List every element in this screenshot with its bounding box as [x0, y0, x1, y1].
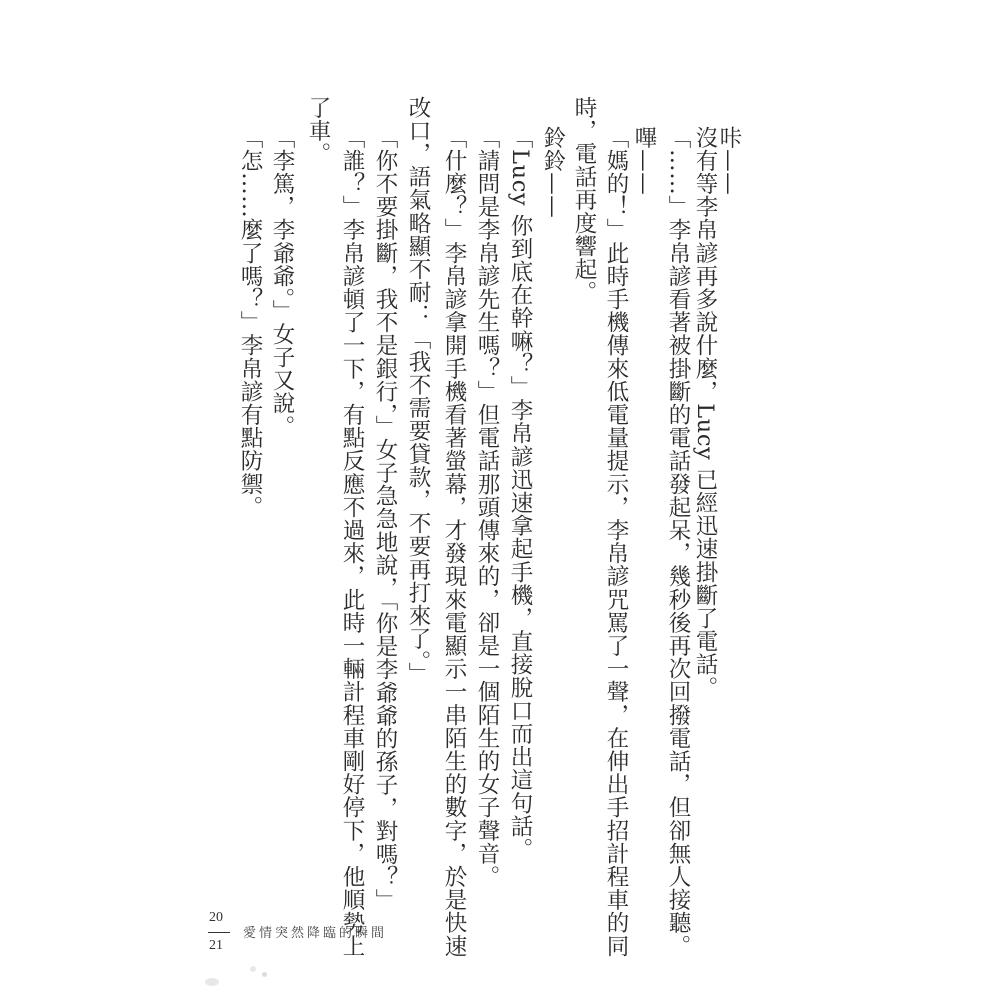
- text-column: 鈴鈴——: [538, 126, 568, 218]
- text-column: 「請問是李帛諺先生嗎？」但電話那頭傳來的，卻是一個陌生的女子聲音。: [472, 126, 502, 888]
- text-column: 「……」李帛諺看著被掛斷的電話發起呆，幾秒後再次回撥電話，但卻無人接聽。: [663, 126, 693, 958]
- page-number-divider: [208, 932, 230, 933]
- text-column: 改口，語氣略顯不耐：「我不需要貸款，不要再打來了。」: [403, 96, 433, 685]
- text-column: 「怎……麼了嗎？」李帛諺有點防禦。: [235, 126, 265, 519]
- paper-smudge: [262, 972, 267, 977]
- page-number-left: 20: [209, 910, 223, 926]
- text-column: 「什麼？」李帛諺拿開手機看著螢幕，才發現來電顯示一串陌生的數字，於是快速: [439, 126, 469, 958]
- text-column: 「媽的！」此時手機傳來低電量提示，李帛諺咒罵了一聲，在伸出手招計程車的同: [601, 126, 631, 958]
- text-column: 了車。: [303, 96, 333, 165]
- text-column: 嗶——: [629, 126, 659, 195]
- paper-smudge: [250, 966, 256, 972]
- page-number-right: 21: [209, 938, 223, 954]
- text-column: 「李篤，李爺爺。」女子又說。: [267, 126, 297, 438]
- text-column: 「誰？」李帛諺頓了一下，有點反應不過來，此時一輛計程車剛好停下，他順勢上: [337, 126, 367, 958]
- running-title: 愛情突然降臨的瞬間: [243, 922, 387, 941]
- text-column: 時，電話再度響起。: [569, 96, 599, 304]
- text-column: 沒有等李帛諺再多說什麼，Lucy 已經迅速掛斷了電話。: [690, 126, 720, 699]
- text-column: 「你不要掛斷，我不是銀行，」女子急急地說，「你是李爺爺的孫子，對嗎？」: [370, 126, 400, 912]
- text-column: 「Lucy 你到底在幹嘛？」李帛諺迅速拿起手機，直接脫口而出這句話。: [505, 126, 535, 861]
- paper-smudge: [205, 978, 219, 986]
